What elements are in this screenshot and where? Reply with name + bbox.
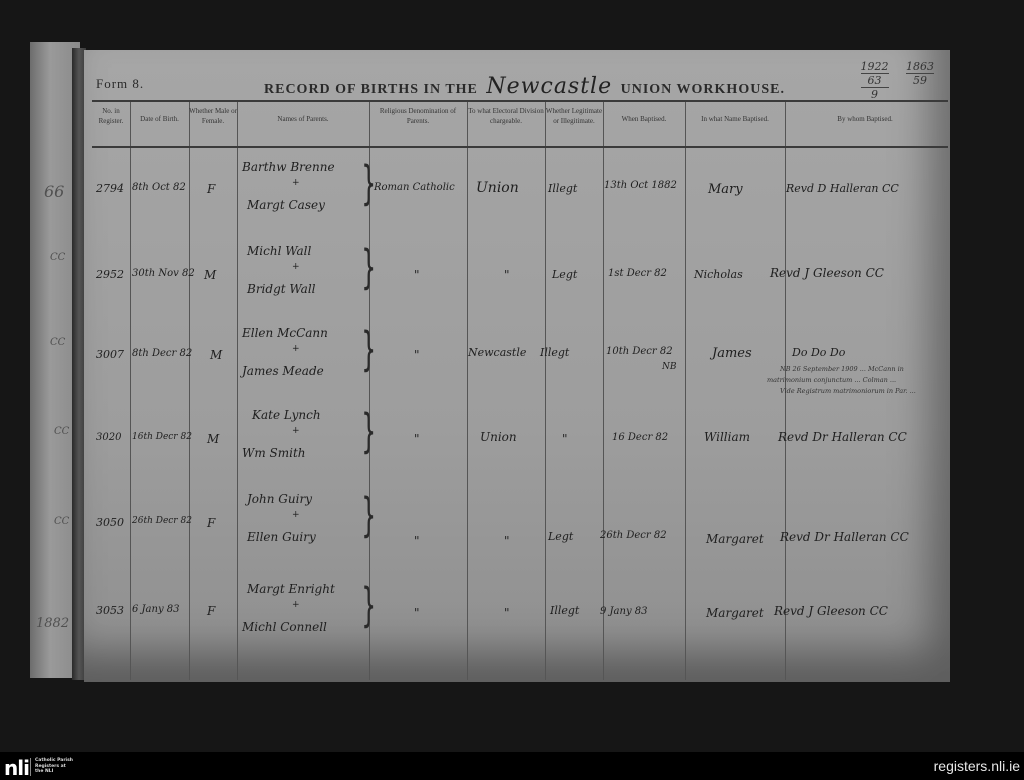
page-title: RECORD OF BIRTHS IN THE Newcastle UNION …: [264, 74, 785, 99]
logo-caption: Catholic Parish Registers at the NLI: [35, 758, 73, 775]
table-row: 2794 8th Oct 82 F Barthw Brenne + Margt …: [92, 154, 948, 234]
column-header: In what Name Baptised.: [685, 114, 785, 124]
site-link[interactable]: registers.nli.ie: [934, 758, 1020, 774]
annotation-note: Vide Registrum matrimoniorum in Par. ...: [780, 386, 916, 397]
table-row: 3050 26th Decr 82 F John Guiry + Ellen G…: [92, 482, 948, 562]
column-header: Religious Denomination of Parents.: [369, 106, 467, 126]
column-header: To what Electoral Division chargeable.: [467, 106, 545, 126]
column-header: Whether Legitimate or Illegitimate.: [545, 106, 603, 126]
register-table: No. in Register. Date of Birth. Whether …: [92, 100, 948, 680]
margin-note: CC: [50, 252, 65, 263]
nli-logo[interactable]: nli: [4, 756, 29, 780]
image-viewer[interactable]: 66 CC CC CC CC 1882 Form 8. RECORD OF BI…: [0, 0, 1024, 752]
margin-note: CC: [54, 426, 69, 437]
logo-divider: [30, 758, 31, 776]
margin-note-year: 1882: [36, 616, 69, 631]
column-header: Names of Parents.: [237, 114, 369, 124]
column-header: No. in Register.: [92, 106, 130, 126]
column-header: By whom Baptised.: [785, 114, 945, 124]
table-header: No. in Register. Date of Birth. Whether …: [92, 102, 948, 148]
column-header: Date of Birth.: [130, 114, 189, 124]
workhouse-name: Newcastle: [486, 74, 612, 99]
table-row: 3020 16th Decr 82 M Kate Lynch + Wm Smit…: [92, 400, 948, 480]
register-page: Form 8. RECORD OF BIRTHS IN THE Newcastl…: [84, 50, 950, 682]
table-row: 2952 30th Nov 82 M Michl Wall + Bridgt W…: [92, 236, 948, 316]
annotation-note: matrimonium conjunctum ... Colman ...: [767, 375, 896, 386]
table-row: 3007 8th Decr 82 M Ellen McCann + James …: [92, 318, 948, 398]
form-label: Form 8.: [96, 76, 144, 92]
margin-note: 66: [44, 182, 64, 201]
column-header: When Baptised.: [603, 114, 685, 124]
margin-note: CC: [50, 337, 65, 348]
footer-bar: nli Catholic Parish Registers at the NLI…: [0, 752, 1024, 780]
margin-note: CC: [54, 516, 69, 527]
reference-numbers: 1922639 186359: [847, 60, 935, 101]
column-header: Whether Male or Female.: [189, 106, 237, 126]
annotation-note: NB 26 September 1909 ... McCann in: [780, 364, 904, 375]
table-row: 3053 6 Jany 83 F Margt Enright + Michl C…: [92, 564, 948, 644]
